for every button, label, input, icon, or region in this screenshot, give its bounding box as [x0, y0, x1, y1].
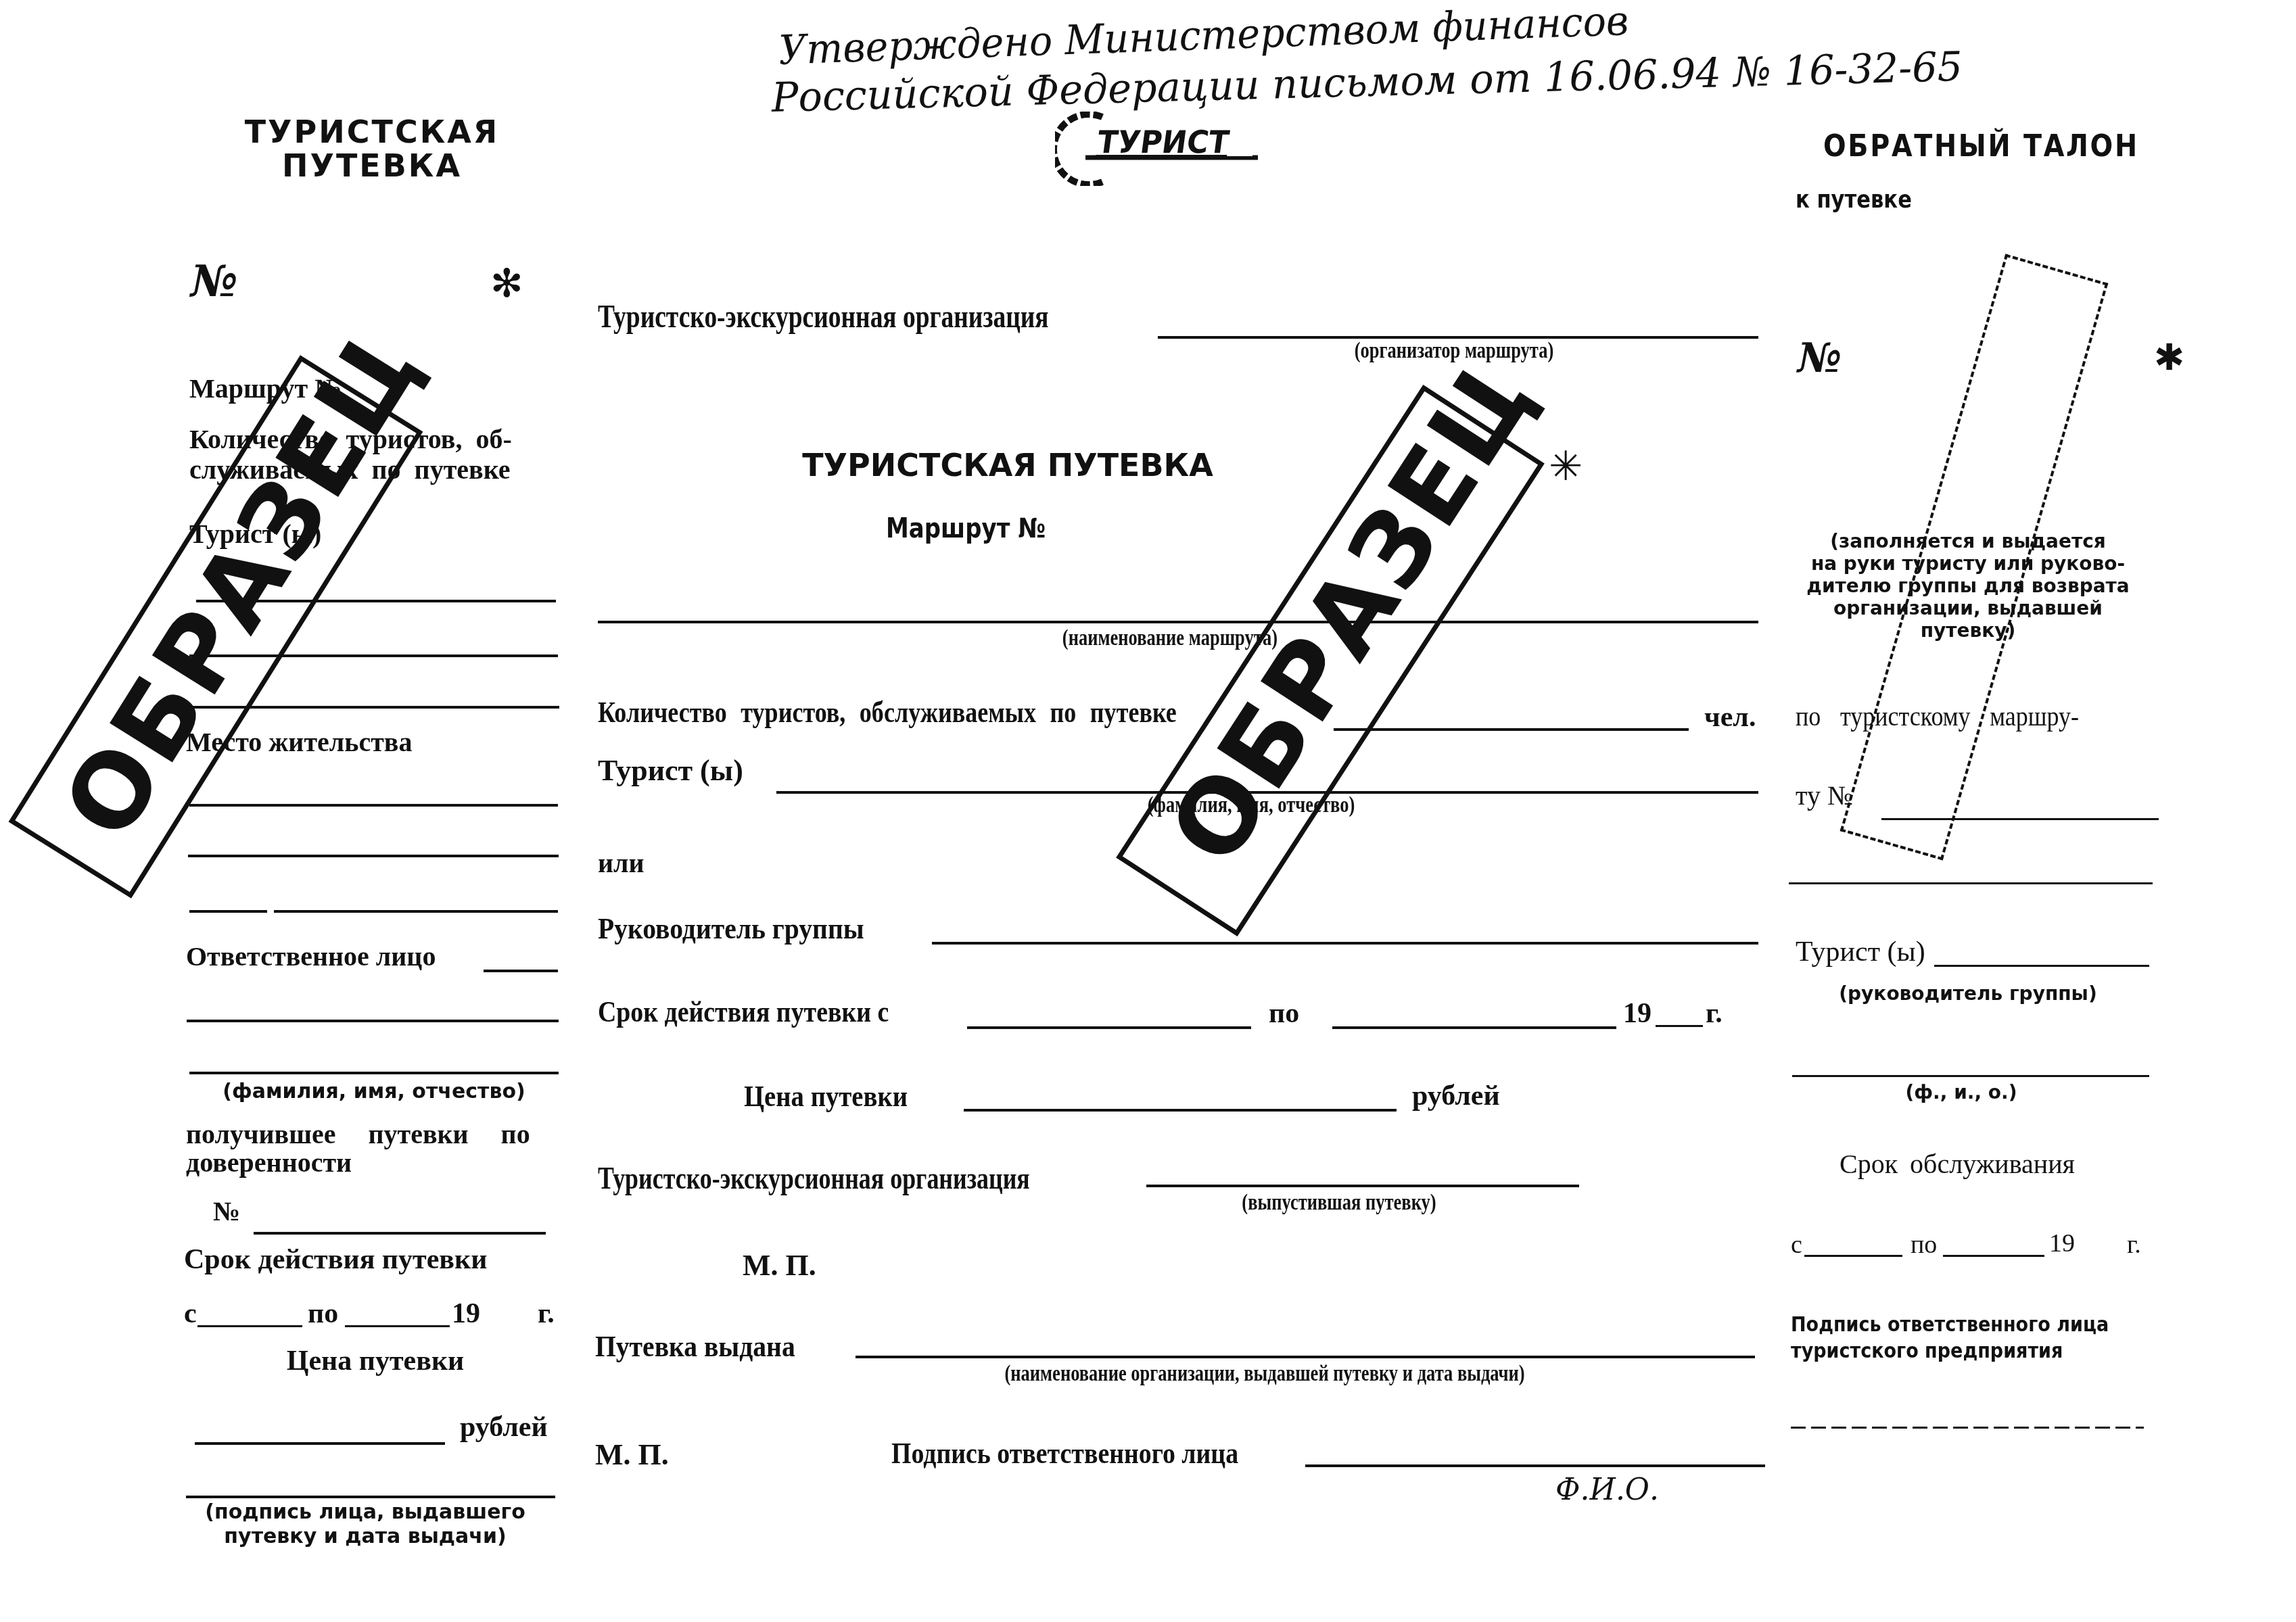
coupon-period-from: с: [1791, 1232, 1802, 1258]
validity-to: по: [1269, 999, 1299, 1028]
left-validity-year: 19: [452, 1299, 480, 1328]
coupon-signature-label-1: Подпись ответственного лица: [1791, 1315, 2109, 1335]
coupon-title: ОБРАТНЫЙ ТАЛОН: [1823, 132, 2139, 162]
issued-label: Путевка выдана: [595, 1332, 795, 1362]
coupon-instruction-3: дителю группы для возврата: [1792, 577, 2144, 596]
coupon-service-period-label: Срок обслуживания: [1840, 1151, 2075, 1178]
coupon-tourists-line[interactable]: [1934, 965, 2149, 967]
coupon-period-year: 19: [2049, 1231, 2075, 1256]
left-validity-year-suffix: г.: [538, 1299, 555, 1328]
left-responsible-line[interactable]: [484, 970, 558, 972]
left-residence-line-3a[interactable]: [189, 910, 267, 913]
validity-to-line[interactable]: [1332, 1026, 1616, 1029]
issuer-line[interactable]: [1146, 1185, 1579, 1187]
issuer-label: Туристско-экскурсионная организация: [598, 1163, 1030, 1194]
left-stub-title-1: ТУРИСТСКАЯ: [230, 116, 514, 147]
price-line[interactable]: [964, 1109, 1397, 1112]
validity-year-suffix: г.: [1706, 999, 1723, 1028]
coupon-signature-label-2: туристского предприятия: [1791, 1341, 2063, 1362]
coupon-route-line[interactable]: [1881, 818, 2159, 820]
validity-year-line[interactable]: [1656, 1025, 1703, 1027]
coupon-instruction-4: организации, выдавшей: [1792, 599, 2144, 618]
coupon-number-sign-icon: №: [1798, 338, 1842, 379]
coupon-instruction-1: (заполняется и выдается: [1792, 532, 2144, 551]
left-residence-line-3b[interactable]: [274, 910, 558, 913]
left-proxy-number-label: №: [213, 1198, 240, 1225]
coupon-instruction-5: путевку): [1792, 621, 2144, 640]
left-signature-caption-2: путевку и дата выдачи): [189, 1527, 541, 1547]
coupon-route-label-2: ту №: [1796, 782, 1853, 809]
coupon-period-year-suffix: г.: [2127, 1232, 2141, 1258]
coupon-period-to-line[interactable]: [1943, 1255, 2044, 1257]
left-signature-caption-1: (подпись лица, выдавшего: [189, 1502, 541, 1523]
seal-label-1: М. П.: [743, 1251, 816, 1281]
left-validity-from-line[interactable]: [197, 1325, 302, 1327]
issuer-caption: (выпустившая путевку): [1192, 1191, 1487, 1214]
left-price-unit: рублей: [460, 1413, 548, 1441]
turist-logo: ТУРИСТ: [1055, 112, 1271, 186]
left-residence-line-2[interactable]: [188, 855, 559, 857]
coupon-instruction-2: на руки туристу или руково-: [1792, 554, 2144, 573]
coupon-subtitle: к путевке: [1796, 188, 1912, 212]
tourists-label: Турист (ы): [598, 756, 743, 786]
left-responsible-label: Ответственное лицо: [186, 943, 436, 970]
number-sign-icon: №: [191, 260, 238, 304]
left-price-line[interactable]: [195, 1442, 445, 1445]
left-fio-caption: (фамилия, имя, отчество): [189, 1082, 559, 1102]
coupon-asterisk-icon: ✱: [2154, 339, 2184, 376]
left-price-label: Цена путевки: [223, 1347, 528, 1375]
asterisk-mark-main-icon: ✳: [1549, 446, 1583, 487]
coupon-period-to: по: [1911, 1232, 1937, 1258]
coupon-tourists-label: Турист (ы): [1796, 938, 1925, 966]
left-proxy-number-line[interactable]: [254, 1232, 546, 1235]
count-line[interactable]: [1334, 728, 1689, 731]
left-validity-to-line[interactable]: [345, 1325, 450, 1327]
price-label: Цена путевки: [744, 1082, 908, 1112]
left-proxy-label-2: доверенности: [186, 1149, 352, 1176]
left-validity-to: по: [308, 1299, 338, 1328]
or-label: или: [598, 850, 645, 877]
left-responsible-line-3[interactable]: [189, 1072, 559, 1074]
asterisk-mark-icon: ✻: [490, 264, 523, 303]
group-leader-label: Руководитель группы: [598, 914, 864, 944]
left-responsible-line-2[interactable]: [187, 1020, 559, 1022]
signature-label: Подпись ответственного лица: [891, 1439, 1238, 1469]
left-residence-line-1[interactable]: [189, 804, 558, 807]
validity-from-line[interactable]: [967, 1026, 1251, 1029]
left-signature-line[interactable]: [186, 1496, 555, 1498]
organizer-label: Туристско-экскурсионная организация: [598, 301, 1049, 333]
left-proxy-label-1: получившее путевки по: [186, 1121, 530, 1148]
signature-line[interactable]: [1305, 1464, 1765, 1467]
issued-line[interactable]: [856, 1356, 1755, 1358]
issued-caption: (наименование организации, выдавшей путе…: [911, 1362, 1618, 1385]
left-validity-from: с: [184, 1299, 197, 1328]
coupon-route-line-2[interactable]: [1789, 882, 2153, 884]
coupon-fio-caption: (ф., и., о.): [1860, 1083, 2063, 1102]
validity-label: Срок действия путевки с: [598, 997, 889, 1027]
coupon-leader-caption: (руководитель группы): [1826, 984, 2110, 1003]
validity-year: 19: [1623, 999, 1651, 1028]
signature-handwritten: Ф.И.О.: [1555, 1473, 1659, 1507]
logo-text: ТУРИСТ: [1096, 126, 1231, 158]
coupon-signature-line[interactable]: [1791, 1427, 2144, 1429]
left-validity-label: Срок действия путевки: [184, 1245, 487, 1274]
price-unit: рублей: [1412, 1082, 1500, 1110]
count-label: Количество туристов, обслуживаемых по пу…: [598, 698, 1177, 727]
count-unit: чел.: [1704, 703, 1756, 732]
left-stub-title-2: ПУТЕВКА: [230, 150, 514, 181]
coupon-route-label-1: по туристскому маршру-: [1796, 703, 2079, 730]
group-leader-line[interactable]: [932, 942, 1758, 945]
coupon-period-from-line[interactable]: [1804, 1255, 1902, 1257]
route-name-line[interactable]: [598, 621, 1758, 623]
main-route-label: Маршрут №: [886, 515, 1046, 542]
main-title: ТУРИСТСКАЯ ПУТЕВКА: [798, 450, 1217, 481]
coupon-fio-line[interactable]: [1792, 1075, 2149, 1077]
seal-label-2: М. П.: [595, 1440, 669, 1470]
